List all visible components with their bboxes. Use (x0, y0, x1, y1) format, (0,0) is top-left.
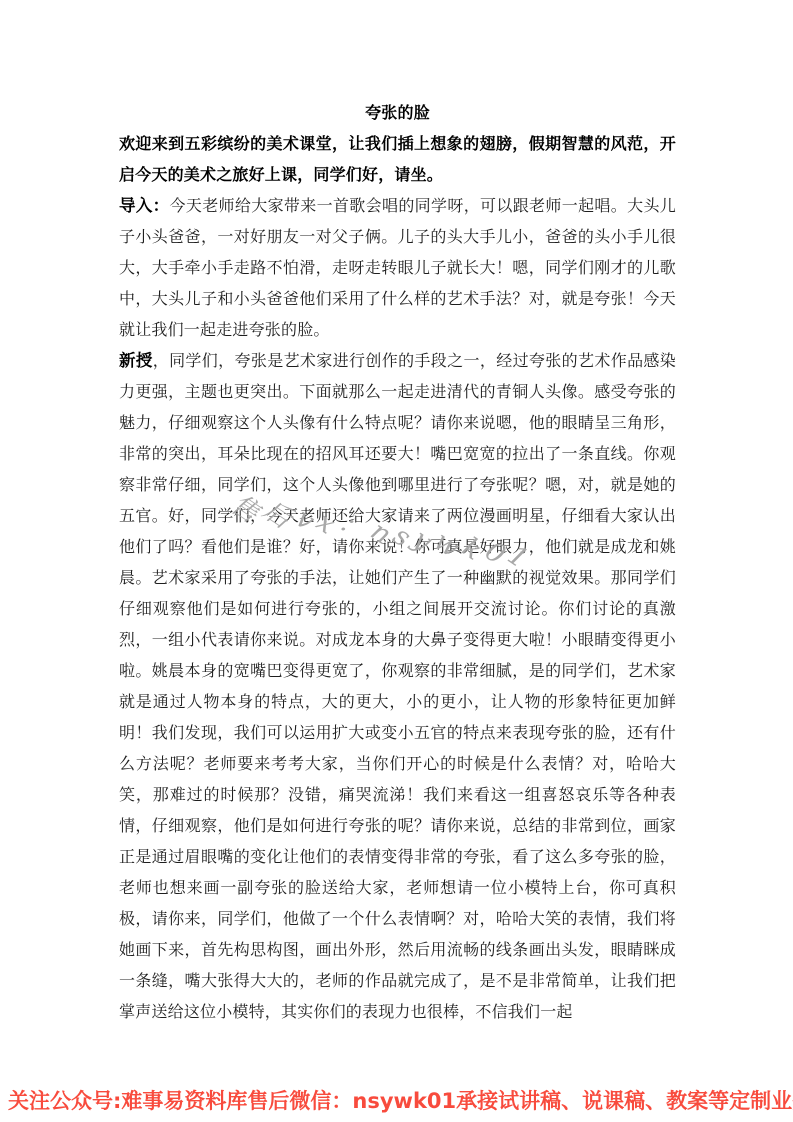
paragraph-daoru: 导入：今天老师给大家带来一首歌会唱的同学呀，可以跟老师一起唱。大头儿子小头爸爸，… (119, 190, 676, 345)
section-text-daoru: 今天老师给大家带来一首歌会唱的同学呀，可以跟老师一起唱。大头儿子小头爸爸，一对好… (119, 196, 676, 339)
footer-services: 承接试讲稿、说课稿、教案等定制业务 (456, 1089, 793, 1114)
footer-official-account: 关注公众号:难事易资料库 (8, 1089, 247, 1114)
intro-paragraph: 欢迎来到五彩缤纷的美术课堂，让我们插上想象的翅膀，假期智慧的风范，开启今天的美术… (119, 128, 676, 190)
document-page: 夸张的脸 欢迎来到五彩缤纷的美术课堂，让我们插上想象的翅膀，假期智慧的风范，开启… (0, 0, 793, 1122)
section-label-daoru: 导入： (119, 196, 170, 215)
footer: 关注公众号:难事易资料库 售后微信：nsywk01 承接试讲稿、说课稿、教案等定… (0, 1089, 793, 1114)
paragraph-xinshou: 新授，同学们，夸张是艺术家进行创作的手段之一，经过夸张的艺术作品感染力更强，主题… (119, 345, 676, 1027)
page-title: 夸张的脸 (119, 97, 676, 128)
document-body: 夸张的脸 欢迎来到五彩缤纷的美术课堂，让我们插上想象的翅膀，假期智慧的风范，开启… (119, 97, 676, 1027)
section-text-xinshou: ，同学们，夸张是艺术家进行创作的手段之一，经过夸张的艺术作品感染力更强，主题也更… (119, 351, 676, 1021)
footer-wechat-contact: 售后微信：nsywk01 (247, 1089, 456, 1114)
section-label-xinshou: 新授 (119, 351, 153, 370)
